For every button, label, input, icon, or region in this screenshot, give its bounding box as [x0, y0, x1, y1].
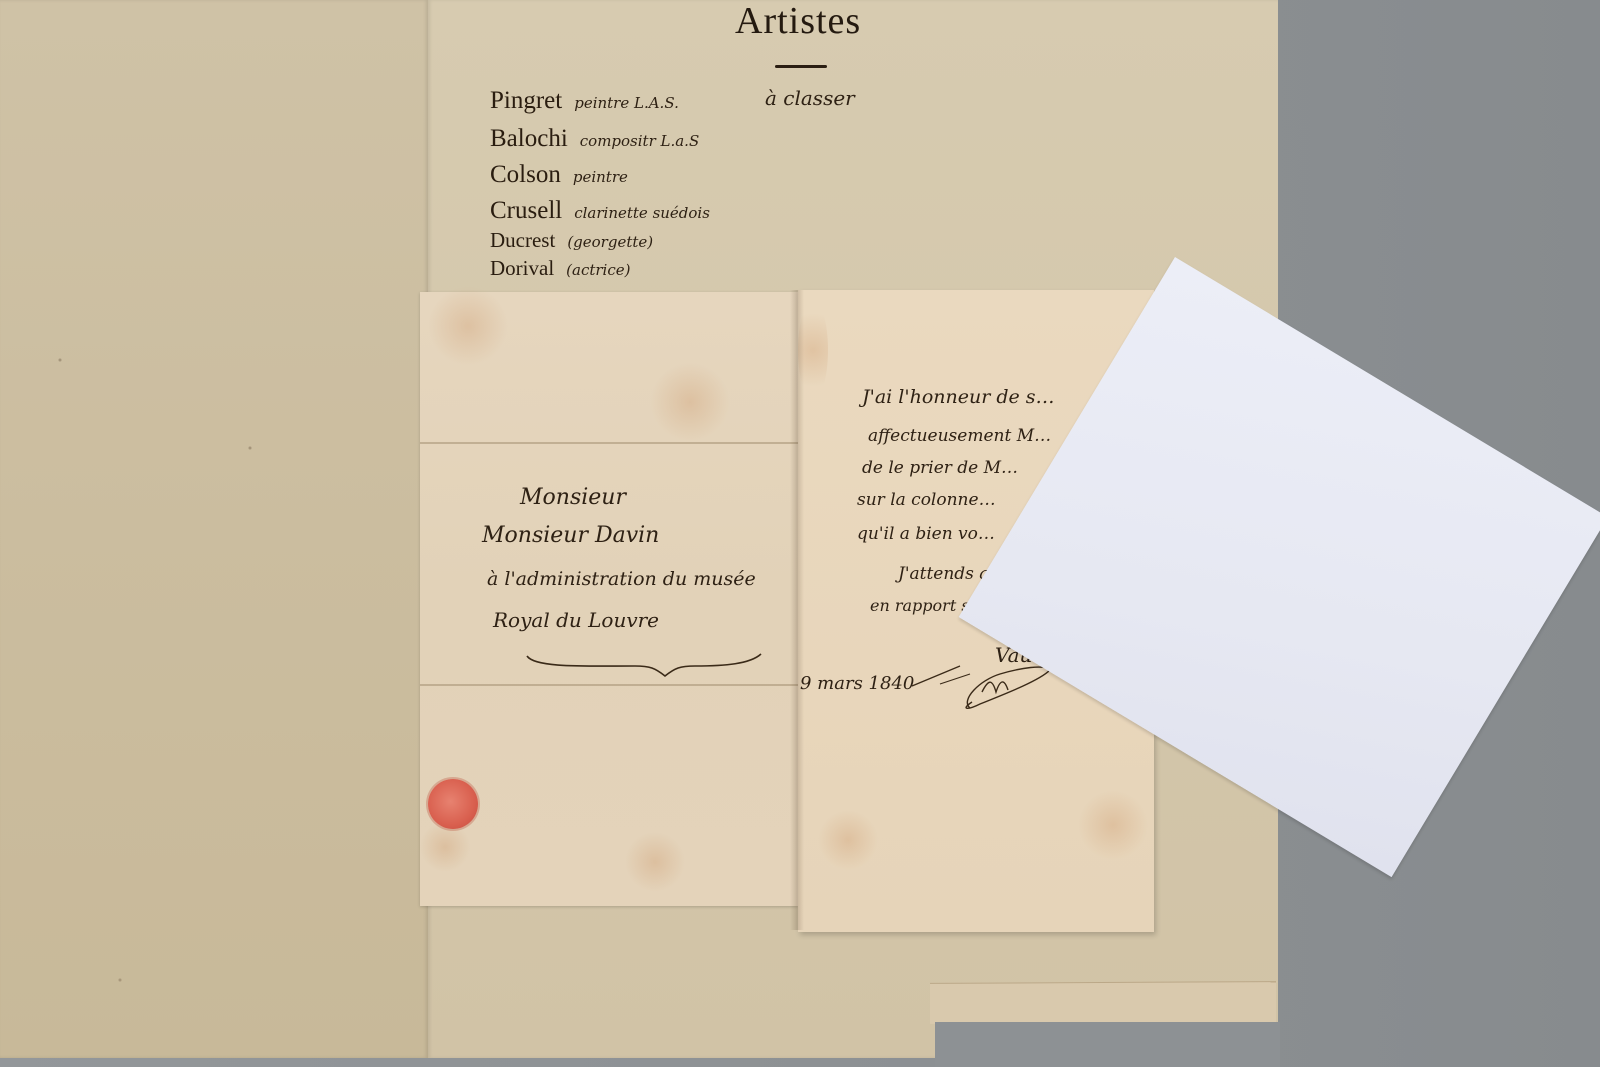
side-note: à classer: [765, 88, 855, 108]
folder-torn-notch: [935, 1022, 1280, 1067]
artist-entry: Colson peintre: [490, 162, 628, 187]
artist-name: Dorival: [490, 258, 554, 279]
artist-name: Crusell: [490, 198, 562, 223]
folder-title: Artistes: [735, 2, 861, 40]
artist-note: (actrice): [566, 263, 630, 278]
artist-note: peintre L.A.S.: [574, 96, 679, 111]
letter-address-panel: [420, 292, 798, 906]
letter-center-fold: [790, 290, 804, 930]
flourish-brace: [525, 650, 765, 680]
paper-specks: [0, 0, 428, 1058]
letter-body-line: affectueusement M…: [868, 428, 1051, 445]
fold-crease: [420, 442, 798, 444]
artist-note: peintre: [573, 170, 628, 185]
letter-body-line: sur la colonne…: [857, 492, 996, 509]
fold-crease: [420, 684, 798, 686]
foxing-stain: [818, 810, 878, 870]
folder-bottom-flap: [930, 981, 1276, 1024]
foxing-stain: [650, 362, 730, 442]
letter-body-line: qu'il a bien vo…: [857, 526, 995, 543]
foxing-stain: [1078, 790, 1148, 860]
address-line-2: Monsieur Davin: [482, 525, 659, 547]
artist-entry: Pingret peintre L.A.S.: [490, 88, 679, 113]
address-line-1: Monsieur: [520, 487, 626, 509]
foxing-stain: [428, 286, 508, 366]
artist-note: clarinette suédois: [574, 206, 710, 221]
artist-name: Balochi: [490, 126, 568, 151]
letter-date: 9 mars 1840: [800, 675, 914, 693]
artist-entry: Crusell clarinette suédois: [490, 198, 710, 223]
artist-entry: Ducrest (georgette): [490, 230, 653, 251]
letter-body-line: de le prier de M…: [862, 460, 1018, 477]
address-line-3: à l'administration du musée: [487, 570, 756, 589]
title-underline: [775, 65, 827, 68]
foxing-stain: [420, 822, 470, 872]
wax-seal: [428, 779, 478, 829]
artist-entry: Dorival (actrice): [490, 258, 630, 279]
artist-note: compositr L.a.S: [580, 134, 699, 149]
artist-name: Pingret: [490, 88, 562, 113]
artist-name: Colson: [490, 162, 561, 187]
folder-left-page: [0, 0, 428, 1058]
artist-note: (georgette): [567, 235, 653, 250]
letter-body-line: J'ai l'honneur de s…: [862, 388, 1055, 407]
address-line-4: Royal du Louvre: [493, 610, 659, 630]
artist-entry: Balochi compositr L.a.S: [490, 126, 699, 151]
artist-name: Ducrest: [490, 230, 555, 251]
foxing-stain: [625, 832, 685, 892]
